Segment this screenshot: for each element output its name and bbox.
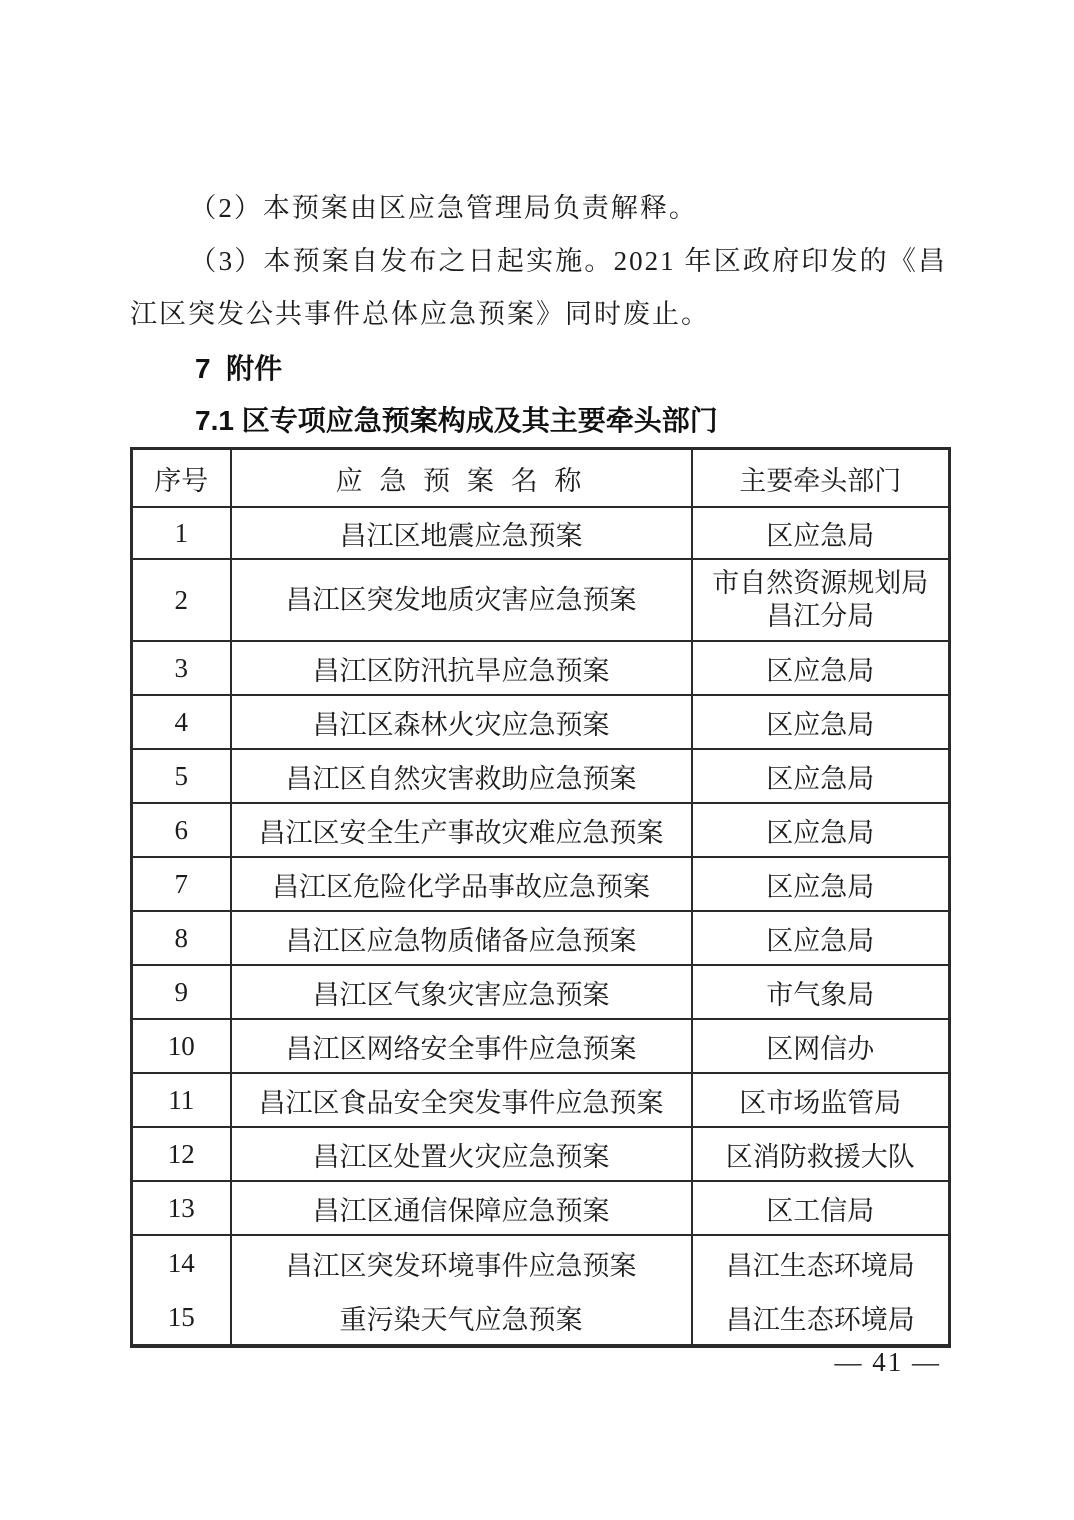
cell-dept: 区消防救援大队: [692, 1127, 950, 1181]
cell-no: 11: [132, 1073, 231, 1127]
cell-name: 昌江区气象灾害应急预案: [231, 965, 692, 1019]
cell-name: 昌江区处置火灾应急预案: [231, 1127, 692, 1181]
table-row: 9 昌江区气象灾害应急预案 市气象局: [132, 965, 950, 1019]
table-row: 2 昌江区突发地质灾害应急预案 市自然资源规划局 昌江分局: [132, 559, 950, 641]
table-row: 8 昌江区应急物质储备应急预案 区应急局: [132, 911, 950, 965]
header-cell-dept: 主要牵头部门: [692, 449, 950, 508]
cell-dept: 昌江生态环境局: [692, 1235, 950, 1290]
cell-no: 13: [132, 1181, 231, 1235]
cell-name: 昌江区突发地质灾害应急预案: [231, 559, 692, 641]
cell-dept: 区应急局: [692, 695, 950, 749]
table-row: 4 昌江区森林火灾应急预案 区应急局: [132, 695, 950, 749]
table-row: 13 昌江区通信保障应急预案 区工信局: [132, 1181, 950, 1235]
header-cell-no: 序号: [132, 449, 231, 508]
table-row: 11 昌江区食品安全突发事件应急预案 区市场监管局: [132, 1073, 950, 1127]
heading-attachment: 7 附件: [195, 351, 947, 387]
cell-name: 昌江区防汛抗旱应急预案: [231, 641, 692, 695]
cell-dept: 区应急局: [692, 911, 950, 965]
cell-dept: 区网信办: [692, 1019, 950, 1073]
cell-name: 昌江区食品安全突发事件应急预案: [231, 1073, 692, 1127]
paragraph-2: （2）本预案由区应急管理局负责解释。: [130, 182, 947, 235]
table-row: 3 昌江区防汛抗旱应急预案 区应急局: [132, 641, 950, 695]
header-cell-name: 应 急 预 案 名 称: [231, 449, 692, 508]
cell-no: 3: [132, 641, 231, 695]
cell-dept: 市气象局: [692, 965, 950, 1019]
cell-dept: 昌江生态环境局: [692, 1290, 950, 1346]
emergency-plans-table: 序号 应 急 预 案 名 称 主要牵头部门 1 昌江区地震应急预案 区应急局 2…: [130, 447, 951, 1348]
cell-no: 14: [132, 1235, 231, 1290]
cell-name: 昌江区地震应急预案: [231, 507, 692, 559]
cell-no: 9: [132, 965, 231, 1019]
cell-dept: 区应急局: [692, 803, 950, 857]
cell-no: 4: [132, 695, 231, 749]
table-row: 1 昌江区地震应急预案 区应急局: [132, 507, 950, 559]
cell-name: 昌江区森林火灾应急预案: [231, 695, 692, 749]
table-row: 10 昌江区网络安全事件应急预案 区网信办: [132, 1019, 950, 1073]
cell-name: 昌江区危险化学品事故应急预案: [231, 857, 692, 911]
cell-dept: 区市场监管局: [692, 1073, 950, 1127]
cell-name: 重污染天气应急预案: [231, 1290, 692, 1346]
cell-name: 昌江区网络安全事件应急预案: [231, 1019, 692, 1073]
table-row: 15 重污染天气应急预案 昌江生态环境局: [132, 1290, 950, 1346]
cell-no: 5: [132, 749, 231, 803]
document-page: （2）本预案由区应急管理局负责解释。 （3）本预案自发布之日起实施。2021 年…: [0, 0, 1074, 1520]
page-number: — 41 —: [835, 1344, 942, 1380]
table-row: 6 昌江区安全生产事故灾难应急预案 区应急局: [132, 803, 950, 857]
cell-no: 12: [132, 1127, 231, 1181]
paragraph-3: （3）本预案自发布之日起实施。2021 年区政府印发的《昌江区突发公共事件总体应…: [130, 235, 947, 341]
cell-no: 15: [132, 1290, 231, 1346]
heading-sub: 7.1 区专项应急预案构成及其主要牵头部门: [195, 403, 947, 439]
table-header-row: 序号 应 急 预 案 名 称 主要牵头部门: [132, 449, 950, 508]
cell-name: 昌江区安全生产事故灾难应急预案: [231, 803, 692, 857]
cell-no: 10: [132, 1019, 231, 1073]
table-row: 12 昌江区处置火灾应急预案 区消防救援大队: [132, 1127, 950, 1181]
cell-no: 7: [132, 857, 231, 911]
table-row: 7 昌江区危险化学品事故应急预案 区应急局: [132, 857, 950, 911]
cell-no: 1: [132, 507, 231, 559]
cell-dept: 区应急局: [692, 749, 950, 803]
cell-no: 6: [132, 803, 231, 857]
cell-name: 昌江区通信保障应急预案: [231, 1181, 692, 1235]
cell-name: 昌江区突发环境事件应急预案: [231, 1235, 692, 1290]
cell-dept: 区工信局: [692, 1181, 950, 1235]
page-content: （2）本预案由区应急管理局负责解释。 （3）本预案自发布之日起实施。2021 年…: [130, 182, 947, 1348]
cell-dept: 区应急局: [692, 507, 950, 559]
table-row: 5 昌江区自然灾害救助应急预案 区应急局: [132, 749, 950, 803]
cell-no: 8: [132, 911, 231, 965]
cell-name: 昌江区自然灾害救助应急预案: [231, 749, 692, 803]
table-row: 14 昌江区突发环境事件应急预案 昌江生态环境局: [132, 1235, 950, 1290]
cell-name: 昌江区应急物质储备应急预案: [231, 911, 692, 965]
cell-dept: 区应急局: [692, 641, 950, 695]
cell-no: 2: [132, 559, 231, 641]
cell-dept: 市自然资源规划局 昌江分局: [692, 559, 950, 641]
cell-dept: 区应急局: [692, 857, 950, 911]
